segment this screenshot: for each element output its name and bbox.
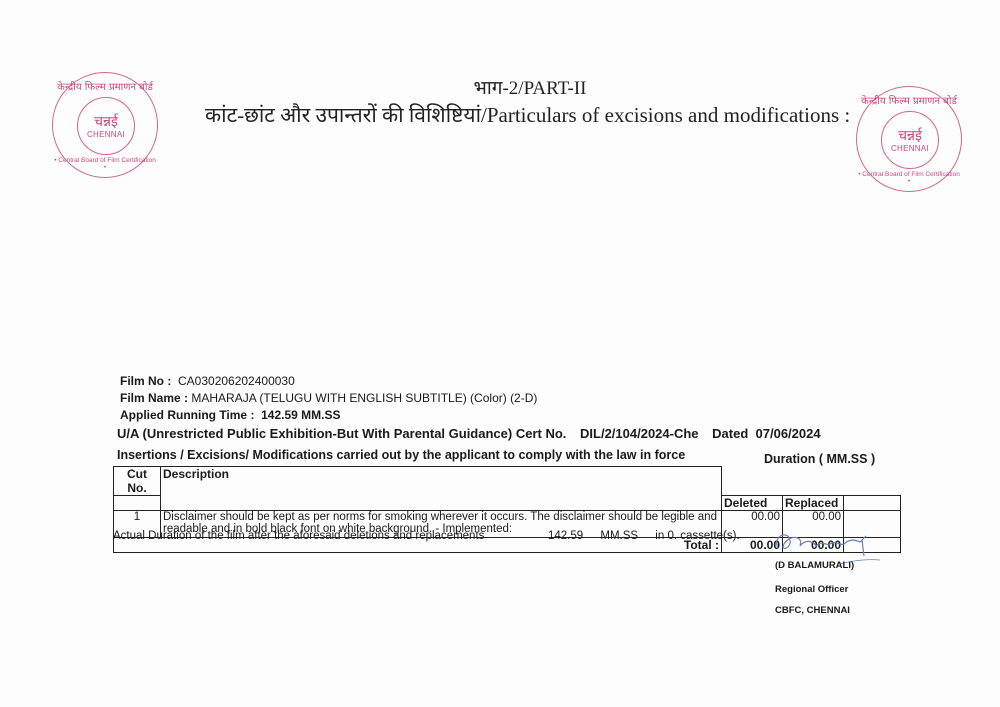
- actual-duration-unit: MM.SS: [600, 530, 638, 542]
- col-cut-no: Cut No.: [114, 467, 161, 496]
- running-time-line: Applied Running Time : 142.59 MM.SS: [120, 408, 340, 422]
- document-title: कांट-छांट और उपान्तरों की विशिष्टियां/Pa…: [205, 101, 850, 129]
- actual-duration-value: 142.59: [548, 530, 583, 542]
- actual-duration-line: 142.59 MM.SS in 0. cassette(s).: [548, 530, 754, 542]
- stamp-center-english: CHENNAI: [87, 130, 125, 139]
- film-no-value: CA030206202400030: [178, 374, 295, 388]
- stamp-center: चन्नई CHENNAI: [881, 111, 939, 169]
- cbfc-stamp-left: केन्द्रीय फिल्म प्रमाणन बोर्ड चन्नई CHEN…: [52, 72, 158, 178]
- col-description: Description: [161, 467, 722, 511]
- officer-designation: Regional Officer: [775, 584, 848, 595]
- col-replaced: Replaced: [783, 496, 844, 511]
- film-no-line: Film No : CA030206202400030: [120, 374, 295, 388]
- actual-duration-label: Actual Duration of the film after the af…: [113, 530, 484, 542]
- running-time-value: 142.59 MM.SS: [261, 408, 340, 422]
- stamp-ring-bottom: • Central Board of Film Certification •: [53, 157, 157, 171]
- stamp-ring-bottom: • Central Board of Film Certification •: [857, 171, 961, 185]
- dated-value: 07/06/2024: [756, 426, 821, 441]
- stamp-center-hindi: चन्नई: [94, 114, 118, 130]
- duration-heading: Duration ( MM.SS ): [764, 452, 875, 466]
- stamp-center-english: CHENNAI: [891, 144, 929, 153]
- cert-no-value: DIL/2/104/2024-Che: [580, 426, 699, 441]
- cassette-count: in 0. cassette(s).: [655, 530, 739, 542]
- officer-office: CBFC, CHENNAI: [775, 605, 850, 616]
- col-deleted: Deleted: [722, 496, 783, 511]
- dated-label: Dated: [712, 426, 748, 441]
- film-name-value: MAHARAJA (TELUGU WITH ENGLISH SUBTITLE) …: [191, 391, 537, 405]
- stamp-ring-top: केन्द्रीय फिल्म प्रमाणन बोर्ड: [53, 79, 157, 93]
- stamp-ring-top: केन्द्रीय फिल्म प्रमाणन बोर्ड: [857, 93, 961, 107]
- officer-name: (D BALAMURALI): [775, 560, 854, 571]
- film-no-label: Film No :: [120, 374, 171, 388]
- modifications-heading: Insertions / Excisions/ Modifications ca…: [117, 448, 685, 462]
- cbfc-stamp-right: केन्द्रीय फिल्म प्रमाणन बोर्ड चन्नई CHEN…: [856, 86, 962, 192]
- film-name-line: Film Name : MAHARAJA (TELUGU WITH ENGLIS…: [120, 391, 537, 405]
- table-header-row: Cut No. Description: [114, 467, 901, 496]
- stamp-center-hindi: चन्नई: [898, 128, 922, 144]
- certificate-line: U/A (Unrestricted Public Exhibition-But …: [117, 426, 821, 441]
- film-name-label: Film Name :: [120, 391, 188, 405]
- running-time-label: Applied Running Time :: [120, 408, 254, 422]
- stamp-center: चन्नई CHENNAI: [77, 97, 135, 155]
- certificate-label: U/A (Unrestricted Public Exhibition-But …: [117, 426, 566, 441]
